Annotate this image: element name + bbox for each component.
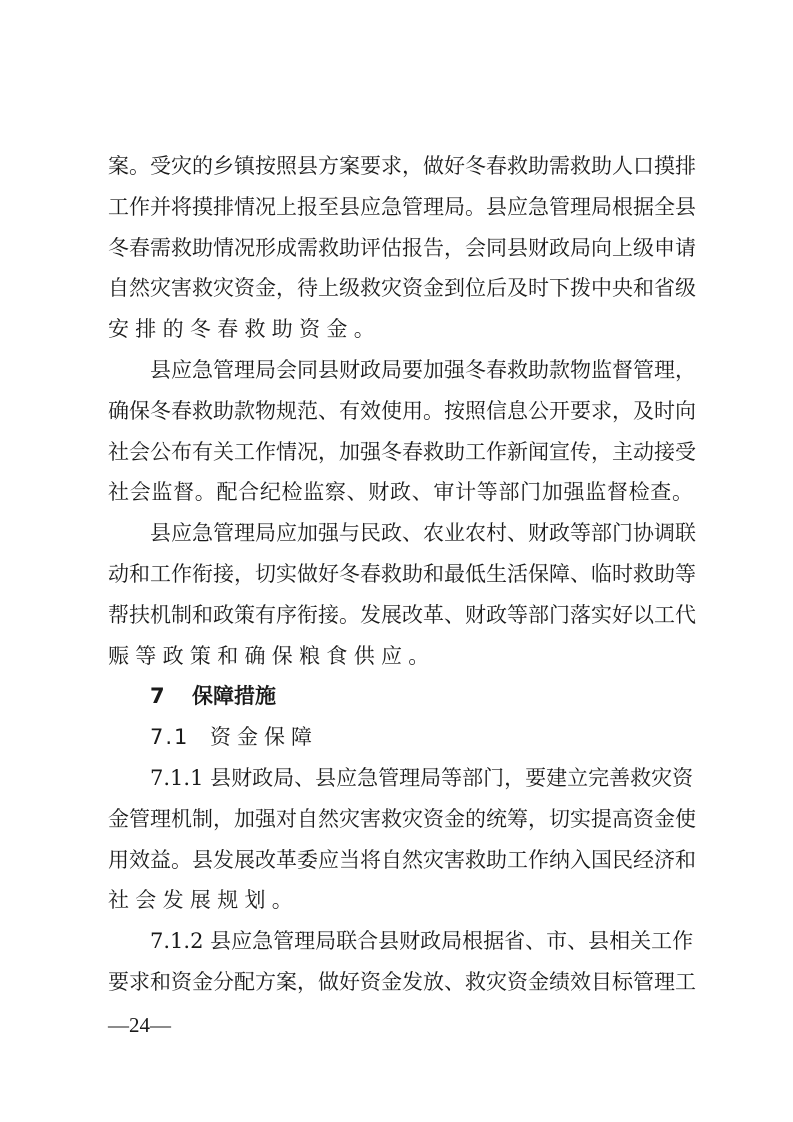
section-heading: 7保障措施 [108, 676, 693, 717]
clause-7-1-1: 7.1.1 县财政局、县应急管理局等部门，要建立完善救灾资 金管理机制，加强对自… [108, 758, 693, 921]
text-line: 7.1.2 县应急管理局联合县财政局根据省、市、县相关工作 [108, 921, 693, 962]
subsection-title: 资金保障 [210, 725, 318, 749]
paragraph-1: 案。受灾的乡镇按照县方案要求，做好冬春救助需救助人口摸排 工作并将摸排情况上报至… [108, 146, 693, 350]
text-line: 确保冬春救助款物规范、有效使用。按照信息公开要求，及时向 [108, 391, 693, 432]
text-line: 赈等政策和确保粮食供应。 [108, 636, 693, 677]
paragraph-2: 县应急管理局会同县财政局要加强冬春救助款物监督管理， 确保冬春救助款物规范、有效… [108, 350, 693, 513]
clause-7-1-2: 7.1.2 县应急管理局联合县财政局根据省、市、县相关工作 要求和资金分配方案，… [108, 921, 693, 1003]
subsection-heading: 7.1资金保障 [108, 717, 693, 758]
text-line: 冬春需救助情况形成需救助评估报告，会同县财政局向上级申请 [108, 228, 693, 269]
text-line: 自然灾害救灾资金，待上级救灾资金到位后及时下拨中央和省级 [108, 268, 693, 309]
text-line: 帮扶机制和政策有序衔接。发展改革、财政等部门落实好以工代 [108, 595, 693, 636]
body-text: 案。受灾的乡镇按照县方案要求，做好冬春救助需救助人口摸排 工作并将摸排情况上报至… [108, 146, 693, 1003]
text-line: 动和工作衔接，切实做好冬春救助和最低生活保障、临时救助等 [108, 554, 693, 595]
text-line: 用效益。县发展改革委应当将自然灾害救助工作纳入国民经济和 [108, 840, 693, 881]
text-line: 金管理机制，加强对自然灾害救灾资金的统筹，切实提高资金使 [108, 799, 693, 840]
text-line: 社会监督。配合纪检监察、财政、审计等部门加强监督检查。 [108, 472, 693, 513]
text-line: 县应急管理局会同县财政局要加强冬春救助款物监督管理， [108, 350, 693, 391]
section-number: 7 [150, 676, 192, 717]
text-line: 案。受灾的乡镇按照县方案要求，做好冬春救助需救助人口摸排 [108, 146, 693, 187]
text-line: 工作并将摸排情况上报至县应急管理局。县应急管理局根据全县 [108, 187, 693, 228]
section-title: 保障措施 [192, 684, 276, 708]
page-number: —24— [108, 1010, 171, 1040]
text-line: 社会公布有关工作情况，加强冬春救助工作新闻宣传，主动接受 [108, 432, 693, 473]
subsection-number: 7.1 [150, 717, 210, 758]
document-page: 案。受灾的乡镇按照县方案要求，做好冬春救助需救助人口摸排 工作并将摸排情况上报至… [0, 0, 793, 1122]
text-line: 社会发展规划。 [108, 880, 693, 921]
text-line: 7.1.1 县财政局、县应急管理局等部门，要建立完善救灾资 [108, 758, 693, 799]
text-line: 安排的冬春救助资金。 [108, 309, 693, 350]
text-line: 县应急管理局应加强与民政、农业农村、财政等部门协调联 [108, 513, 693, 554]
text-line: 要求和资金分配方案，做好资金发放、救灾资金绩效目标管理工 [108, 962, 693, 1003]
paragraph-3: 县应急管理局应加强与民政、农业农村、财政等部门协调联 动和工作衔接，切实做好冬春… [108, 513, 693, 676]
